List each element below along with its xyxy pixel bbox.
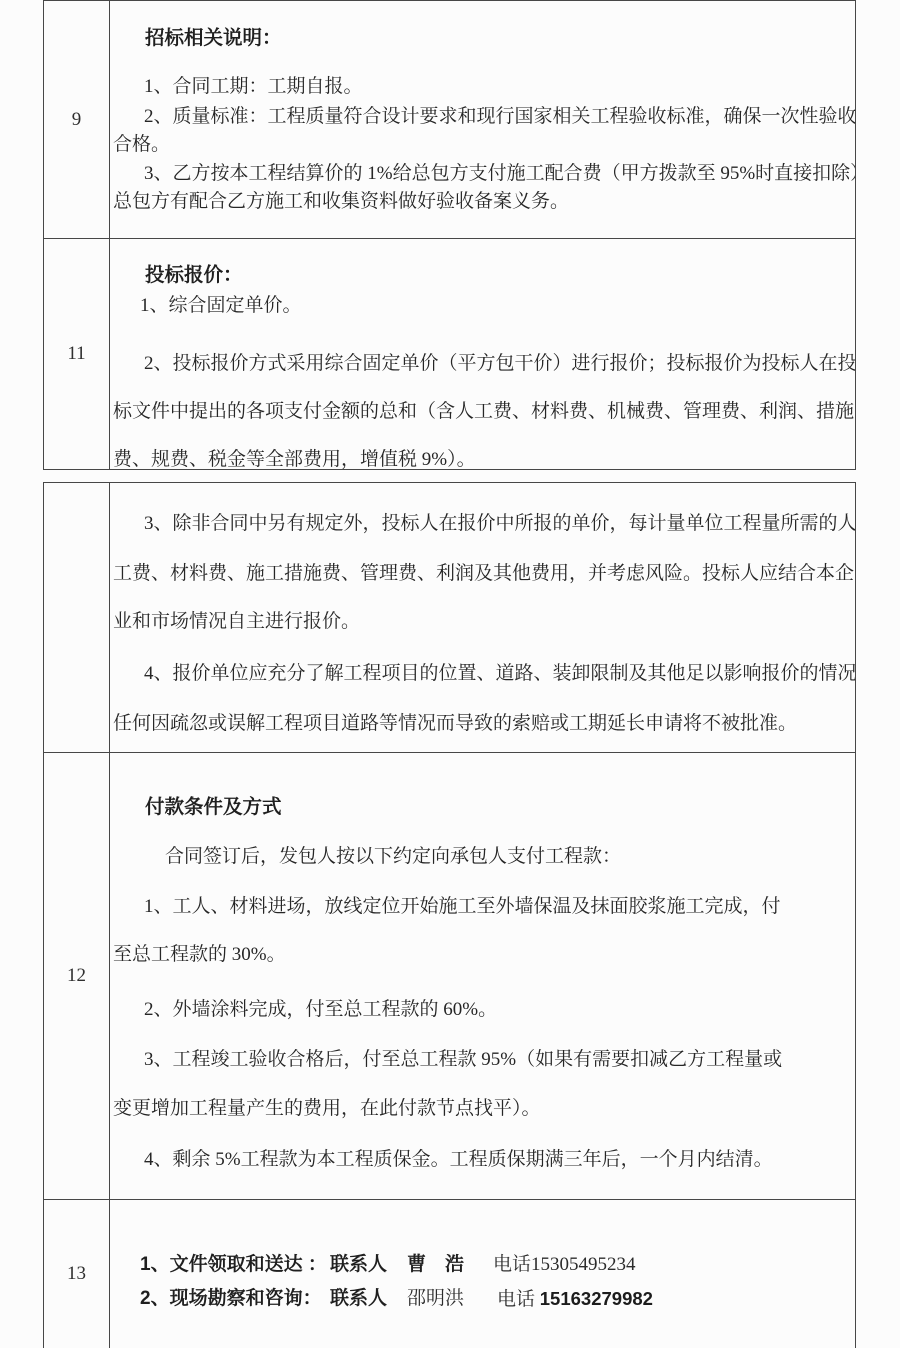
clause-line: 任何因疏忽或误解工程项目道路等情况而导致的索赔或工期延长申请将不被批准。 xyxy=(113,711,797,737)
clause-line: 工费、材料费、施工措施费、管理费、利润及其他费用，并考虑风险。投标人应结合本企 xyxy=(113,561,854,587)
row-content-cell: 3、除非合同中另有规定外，投标人在报价中所报的单价，每计量单位工程量所需的人 工… xyxy=(110,483,855,752)
phone-number: 15163279982 xyxy=(540,1288,653,1309)
clause-line: 合格。 xyxy=(113,132,170,158)
contact-name: 邵明洪 xyxy=(407,1286,464,1312)
contact-line: 1、文件领取和送达 ： 联系人 曹 浩 电话15305495234 xyxy=(110,1252,855,1280)
table-row-11: 11 投标报价： 1、综合固定单价。 2、投标报价方式采用综合固定单价（平方包干… xyxy=(44,239,855,469)
contact-name: 曹 浩 xyxy=(407,1252,464,1278)
row-content-cell: 投标报价： 1、综合固定单价。 2、投标报价方式采用综合固定单价（平方包干价）进… xyxy=(110,239,855,469)
clause-line: 变更增加工程量产生的费用，在此付款节点找平）。 xyxy=(113,1096,541,1122)
clause-line: 4、报价单位应充分了解工程项目的位置、道路、装卸限制及其他足以影响报价的情况； xyxy=(144,661,855,687)
contact-person-label: 联系人 xyxy=(330,1252,387,1278)
table-row-9: 9 招标相关说明： 1、合同工期：工期自报。 2、质量标准：工程质量符合设计要求… xyxy=(44,1,855,239)
row-content-cell: 1、文件领取和送达 ： 联系人 曹 浩 电话15305495234 2、现场勘察… xyxy=(110,1200,855,1348)
clause-line: 合同签订后，发包人按以下约定向承包人支付工程款： xyxy=(165,844,621,870)
row-number-cell xyxy=(44,483,110,752)
table-row-continuation: 3、除非合同中另有规定外，投标人在报价中所报的单价，每计量单位工程量所需的人 工… xyxy=(44,483,855,753)
table-block-upper: 9 招标相关说明： 1、合同工期：工期自报。 2、质量标准：工程质量符合设计要求… xyxy=(43,0,856,470)
clause-line: 总包方有配合乙方施工和收集资料做好验收备案义务。 xyxy=(113,189,569,215)
row-number-cell: 12 xyxy=(44,753,110,1199)
clause-line: 费、规费、税金等全部费用，增值税 9%）。 xyxy=(113,447,476,469)
row-content-cell: 招标相关说明： 1、合同工期：工期自报。 2、质量标准：工程质量符合设计要求和现… xyxy=(110,1,855,238)
contact-person-label: 联系人 xyxy=(330,1286,387,1312)
row-number: 13 xyxy=(67,1263,86,1285)
section-heading: 招标相关说明： xyxy=(145,25,282,51)
clause-line: 标文件中提出的各项支付金额的总和（含人工费、材料费、机械费、管理费、利润、措施 xyxy=(113,399,854,425)
row-number: 12 xyxy=(67,965,86,987)
clause-line: 3、除非合同中另有规定外，投标人在报价中所报的单价，每计量单位工程量所需的人 xyxy=(144,511,855,537)
clause-line: 2、投标报价方式采用综合固定单价（平方包干价）进行报价；投标报价为投标人在投 xyxy=(144,351,855,377)
table-block-lower: 3、除非合同中另有规定外，投标人在报价中所报的单价，每计量单位工程量所需的人 工… xyxy=(43,482,856,1348)
document-page: { "page": { "background": "#fcfcfc", "bo… xyxy=(0,0,900,1348)
row-number: 9 xyxy=(72,109,82,131)
clause-line: 1、综合固定单价。 xyxy=(140,293,302,319)
contact-line: 2、现场勘察和咨询： 联系人 邵明洪 电话 15163279982 xyxy=(110,1286,855,1314)
clause-line: 3、乙方按本工程结算价的 1%给总包方支付施工配合费（甲方拨款至 95%时直接扣… xyxy=(144,161,855,187)
section-heading: 付款条件及方式 xyxy=(145,794,282,820)
row-number-cell: 13 xyxy=(44,1200,110,1348)
contact-phone: 电话15305495234 xyxy=(493,1252,636,1278)
clause-line: 1、工人、材料进场，放线定位开始施工至外墙保温及抹面胶浆施工完成，付 xyxy=(144,894,781,920)
clause-line: 业和市场情况自主进行报价。 xyxy=(113,609,360,635)
row-number: 11 xyxy=(67,343,85,365)
clause-line: 至总工程款的 30%。 xyxy=(113,942,286,968)
clause-line: 1、合同工期：工期自报。 xyxy=(144,74,363,100)
row-content-cell: 付款条件及方式 合同签订后，发包人按以下约定向承包人支付工程款： 1、工人、材料… xyxy=(110,753,855,1199)
contact-label: 2、现场勘察和咨询： xyxy=(140,1286,322,1312)
clause-line: 2、外墙涂料完成，付至总工程款的 60%。 xyxy=(144,997,497,1023)
clause-line: 3、工程竣工验收合格后，付至总工程款 95%（如果有需要扣减乙方工程量或 xyxy=(144,1047,782,1073)
section-heading: 投标报价： xyxy=(145,262,243,288)
row-number-cell: 11 xyxy=(44,239,110,469)
clause-line: 2、质量标准：工程质量符合设计要求和现行国家相关工程验收标准，确保一次性验收 xyxy=(144,104,855,130)
contact-label: 1、文件领取和送达 ： xyxy=(140,1252,327,1278)
table-row-12: 12 付款条件及方式 合同签订后，发包人按以下约定向承包人支付工程款： 1、工人… xyxy=(44,753,855,1200)
row-number-cell: 9 xyxy=(44,1,110,238)
phone-label: 电话 xyxy=(497,1289,540,1310)
contact-phone: 电话 15163279982 xyxy=(497,1286,653,1313)
clause-line: 4、剩余 5%工程款为本工程质保金。工程质保期满三年后，一个月内结清。 xyxy=(144,1147,773,1173)
table-row-13: 13 1、文件领取和送达 ： 联系人 曹 浩 电话15305495234 2、现… xyxy=(44,1200,855,1348)
